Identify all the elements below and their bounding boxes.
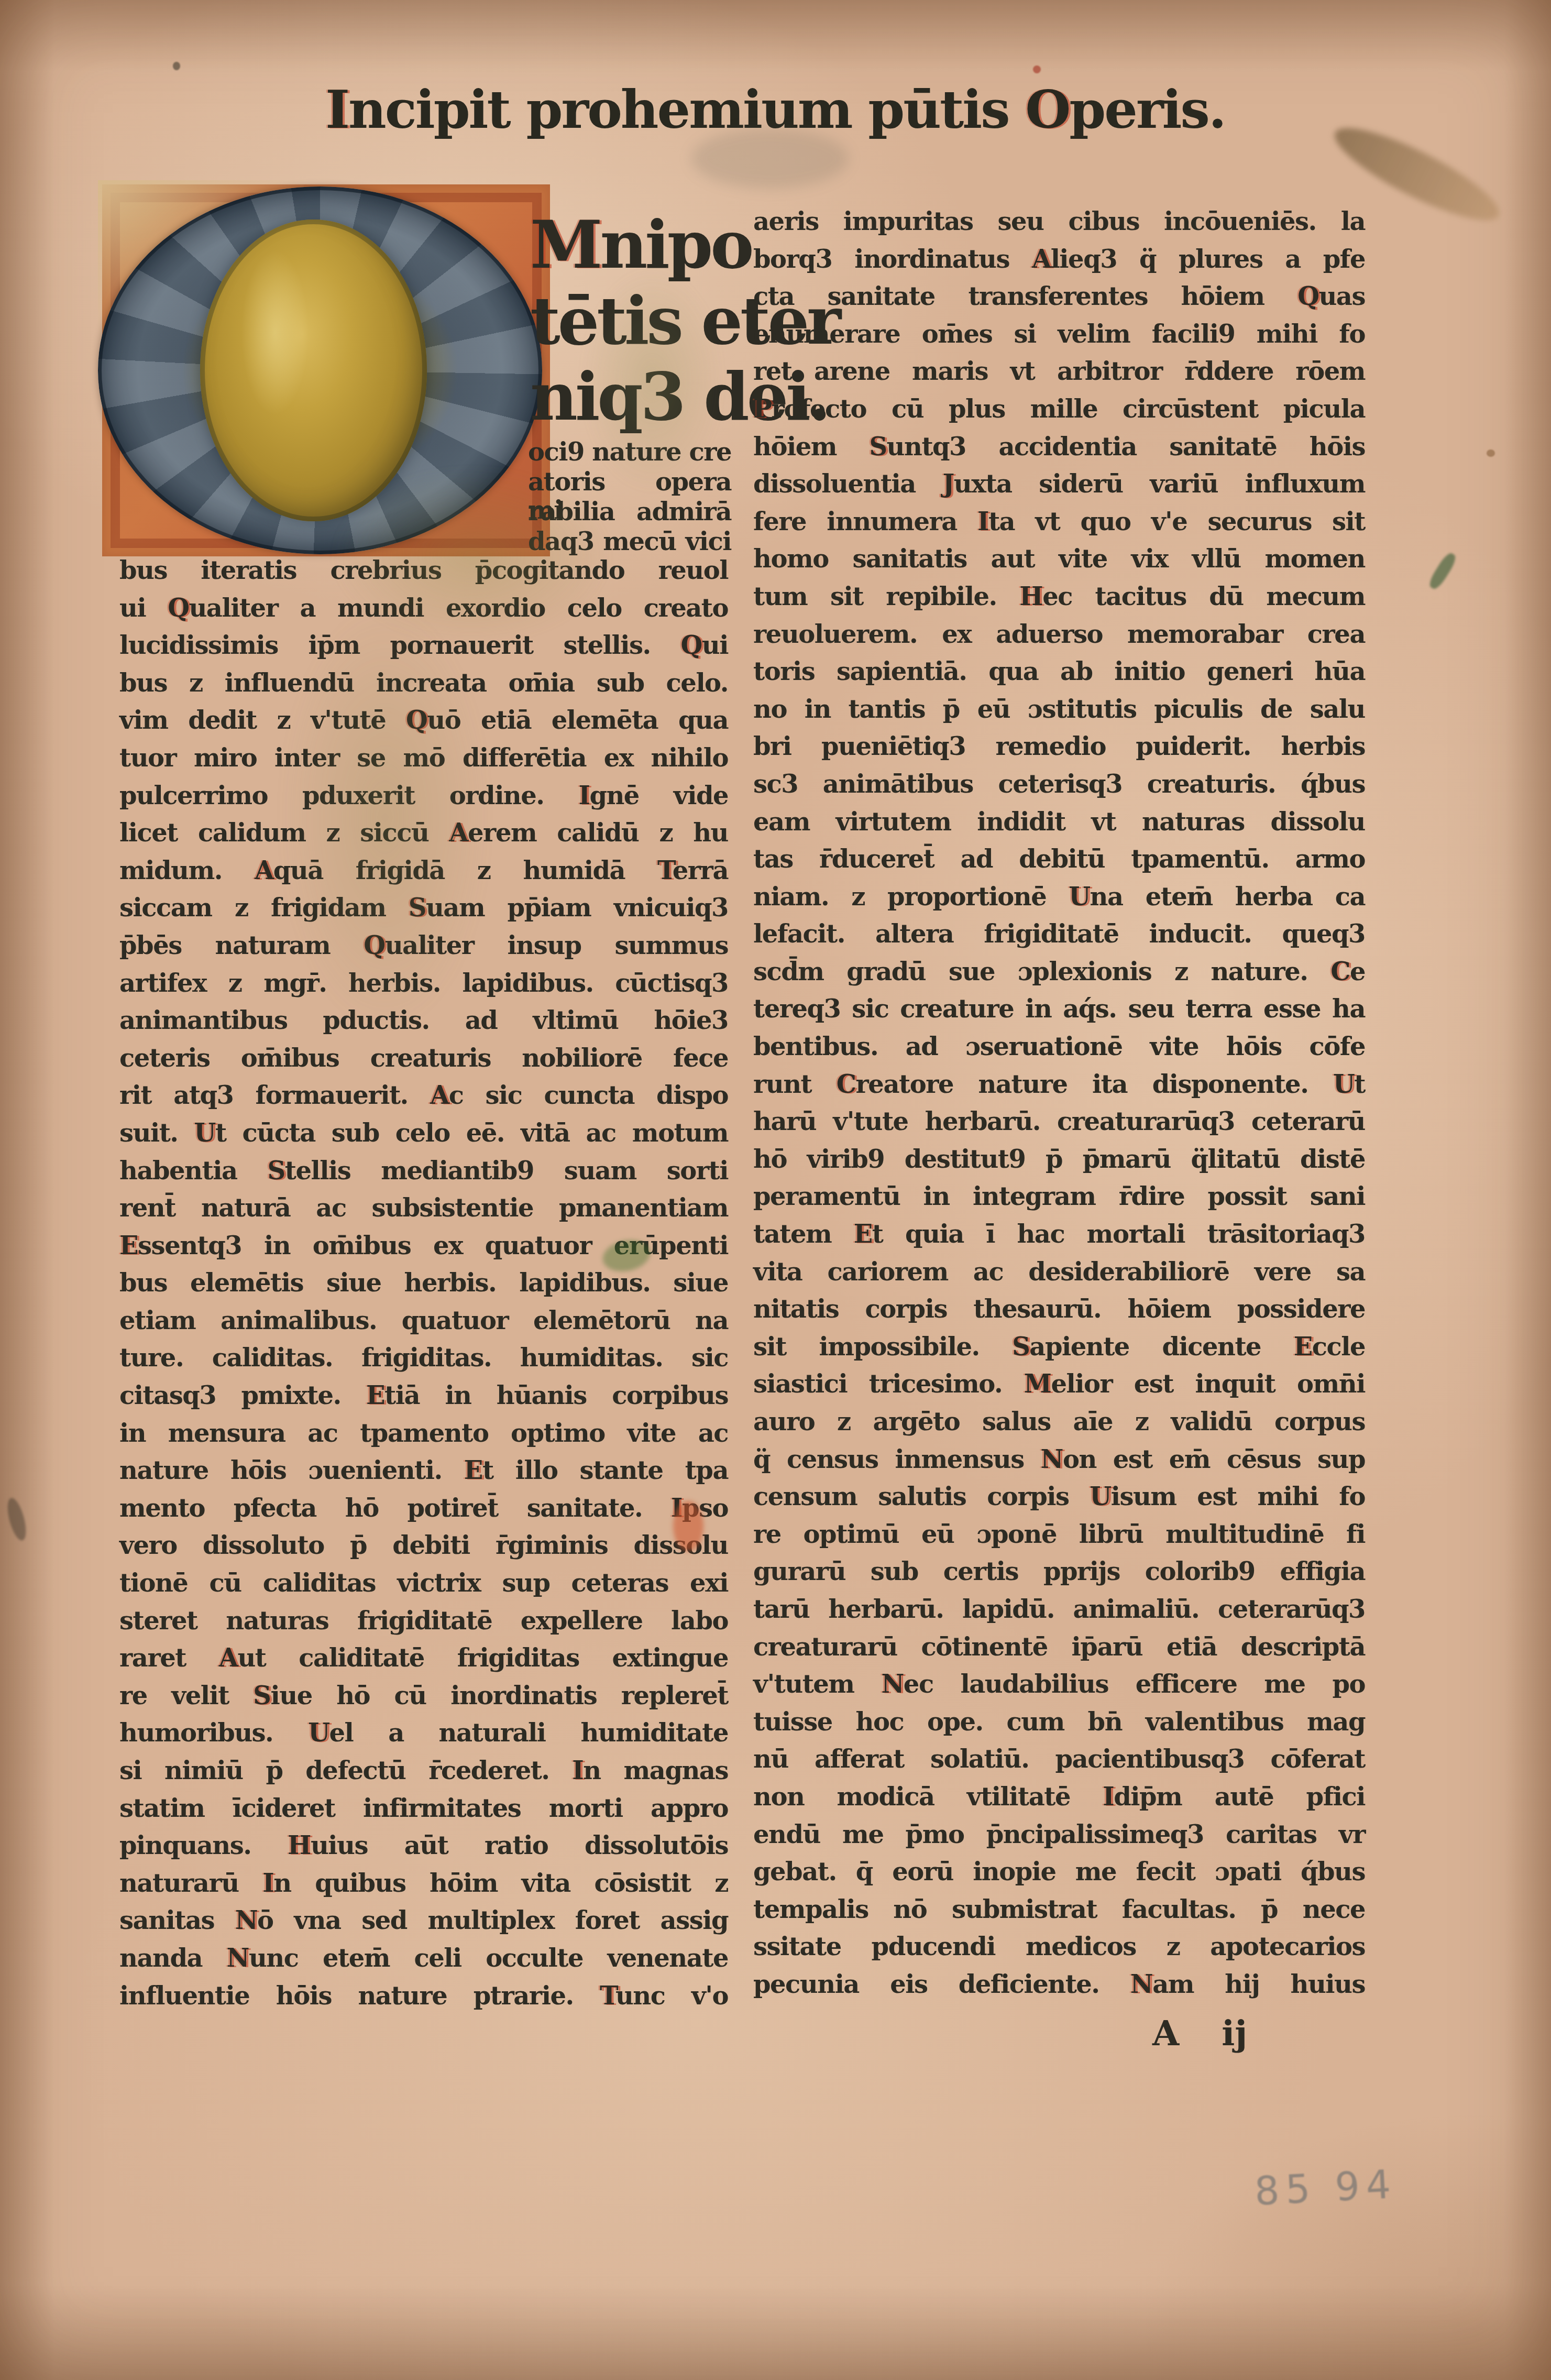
text-line: statim īcideret infirmitates morti appro: [119, 1792, 728, 1830]
text-line: Profecto cū plus mille circūstent picula: [753, 393, 1365, 431]
text-line: dissoluentia Juxta siderū variū influxum: [753, 468, 1365, 506]
text-line: runt Creatore nature ita disponente. Ut: [753, 1068, 1365, 1106]
text-line: sit impossibile. Sapiente dicente Eccle: [753, 1331, 1365, 1368]
signature-mark: A ij: [1152, 2013, 1330, 2054]
text-line: licet calidum z siccū Aerem calidū z hu: [119, 817, 728, 854]
text-line: tarū herbarū. lapidū. animaliū. ceterarū…: [753, 1593, 1365, 1631]
text-line: tuisse hoc ope. cum bn̄ valentibus mag: [753, 1706, 1365, 1743]
text-line: peramentū in integram r̄dire possit sani: [753, 1180, 1365, 1218]
text-line: ssitate pducendi medicos z apotecarios: [753, 1931, 1365, 1968]
text-line: nanda Nunc etem̄ celi occulte venenate: [119, 1942, 728, 1980]
pencil-inscription: 85 94: [1253, 2158, 1476, 2214]
stain-ink-dot: [173, 62, 180, 70]
text-line: animantibus pductis. ad vltimū hōie3: [119, 1004, 728, 1042]
text-line: tereq3 sic creature in aq́s. seu terra e…: [753, 993, 1365, 1030]
text-line: humoribus. Uel a naturali humiditate: [119, 1717, 728, 1754]
text-line: Mnipo: [530, 209, 735, 284]
text-line: bri pueniētiq3 remedio puiderit. herbis: [753, 730, 1365, 768]
text-line: gurarū sub certis pprijs colorib9 effigi…: [753, 1555, 1365, 1593]
text-line: toris sapientiā. qua ab initio generi hū…: [753, 655, 1365, 693]
text-line: nitatis corpis thesaurū. hōiem possidere: [753, 1293, 1365, 1331]
text-line: no in tantis p̄ eū ɔstitutis piculis de …: [753, 693, 1365, 731]
text-line: tētis eter: [530, 284, 735, 360]
text-line: suit. Ut cūcta sub celo eē. vitā ac motu…: [119, 1117, 728, 1155]
text-line: bentibus. ad ɔseruationē vite hōis cōfe: [753, 1030, 1365, 1068]
text-line: lucidissimis ip̄m pornauerit stellis. Qu…: [119, 629, 728, 667]
text-line: tas r̄duceret̄ ad debitū tpamentū. armo: [753, 843, 1365, 881]
text-line: niam. z proportionē Una etem̄ herba ca: [753, 881, 1365, 918]
text-line: scd̄m gradū sue ɔplexionis z nature. Ce: [753, 956, 1365, 993]
text-line: v'tutem Nec laudabilius efficere me po: [753, 1668, 1365, 1706]
text-line: harū v'tute herbarū. creaturarūq3 cetera…: [753, 1105, 1365, 1143]
text-line: re velit Siue hō cū inordinatis repleret…: [119, 1680, 728, 1717]
text-line: endū me p̄mo p̄ncipalissimeq3 caritas vr: [753, 1818, 1365, 1856]
text-line: citasq3 pmixte. Etiā in hūanis corpibus: [119, 1379, 728, 1417]
text-line: artifex z mgr̄. herbis. lapidibus. cūcti…: [119, 967, 728, 1005]
text-line: nature hōis ɔuenienti. Et illo stante tp…: [119, 1454, 728, 1492]
initial-gold-center: [200, 220, 426, 521]
text-line: naturarū In quibus hōim vita cōsistit z: [119, 1867, 728, 1905]
text-line: pecunia eis deficiente. Nam hij huius: [753, 1968, 1365, 2006]
text-line: enumerare om̄es si velim facili9 mihi fo: [753, 318, 1365, 356]
text-line: midum. Aquā frigidā z humidā Terrā: [119, 854, 728, 892]
text-line: p̄bēs naturam Qualiter insup summus: [119, 929, 728, 967]
text-line: fere innumera Ita vt quo v'e securus sit: [753, 506, 1365, 543]
text-line: lefacit. altera frigiditatē inducit. que…: [753, 918, 1365, 956]
text-line: creaturarū cōtinentē ip̄arū etiā descrip…: [753, 1631, 1365, 1669]
opening-wrap-text: oci9 nature creatoris opera mirabilia ad…: [528, 438, 731, 557]
text-line: si nimiū p̄ defectū r̄cederet. In magnas: [119, 1754, 728, 1792]
stain-red-speck: [1033, 65, 1041, 73]
text-line: siastici tricesimo. Melior est inquit om…: [753, 1368, 1365, 1406]
text-line: ceteris om̄ibus creaturis nobiliorē fece: [119, 1042, 728, 1080]
page-title: Incipit prohemium pūtis Operis.: [225, 79, 1325, 168]
text-line: non modicā vtilitatē Idip̄m autē pfici: [753, 1781, 1365, 1818]
text-line: habentia Stellis mediantib9 suam sorti: [119, 1155, 728, 1192]
stain-left-margin-mark: [4, 1496, 30, 1542]
text-line: q̈ census inmensus Non est em̄ cēsus sup: [753, 1443, 1365, 1481]
text-line: rabilia admirā: [528, 498, 731, 528]
initial-letter-o: O: [98, 187, 542, 554]
text-line: homo sanitatis aut vite vix vllū momen: [753, 543, 1365, 580]
text-line: ret arene maris vt arbitror r̄ddere rōem: [753, 355, 1365, 393]
text-line: censum salutis corpis Uisum est mihi fo: [753, 1480, 1365, 1518]
text-line: hō virib9 destitut9 p̄ p̄marū q̈litatū d…: [753, 1143, 1365, 1181]
manuscript-page: Incipit prohemium pūtis Operis. O Mnipot…: [0, 0, 1551, 2380]
text-line: cta sanitate transferentes hōiem Quas: [753, 280, 1365, 318]
text-line: gebat. q̄ eorū inopie me fecit ɔpati q́b…: [753, 1856, 1365, 1893]
text-line: vim dedit z v'tutē Quō etiā elemēta qua: [119, 704, 728, 742]
stain-green-margin-mark: [1427, 551, 1459, 591]
text-line: vita cariorem ac desiderabiliorē vere sa: [753, 1256, 1365, 1293]
text-line: pulcerrimo pduxerit ordine. Ignē vide: [119, 780, 728, 817]
text-line: reuoluerem. ex aduerso memorabar crea: [753, 618, 1365, 656]
text-line: nū afferat solatiū. pacientibusq3 cōfera…: [753, 1743, 1365, 1781]
text-line: oci9 nature cre: [528, 438, 731, 468]
text-line: etiam animalibus. quatuor elemētorū na: [119, 1304, 728, 1342]
stain-brown-dot: [1487, 449, 1495, 457]
text-line: sanitas Nō vna sed multiplex foret assig: [119, 1904, 728, 1942]
text-column-left: bus iteratis crebrius p̄cogitando reuolu…: [119, 554, 728, 2017]
text-line: rent̄ naturā ac subsistentie pmanentiam: [119, 1192, 728, 1230]
text-line: tionē cū caliditas victrix sup ceteras e…: [119, 1567, 728, 1605]
text-line: auro z argēto salus aīe z validū corpus: [753, 1406, 1365, 1443]
illuminated-initial: O: [102, 184, 550, 556]
text-line: rit atq3 formauerit. Ac sic cuncta dispo: [119, 1079, 728, 1117]
opening-large-text: Mnipotētis eterniq3 dei.: [530, 209, 735, 436]
text-line: tempalis nō submistrat facultas. p̄ nece: [753, 1893, 1365, 1931]
text-line: re optimū eū ɔponē librū multitudinē fi: [753, 1518, 1365, 1556]
text-line: ui Qualiter a mundi exordio celo creato: [119, 592, 728, 630]
text-line: borq3 inordinatus Alieq3 q̈ plures a pfe: [753, 243, 1365, 281]
text-line: mento pfecta hō potiret̄ sanitate. Ipso: [119, 1492, 728, 1530]
text-line: ture. caliditas. frigiditas. humiditas. …: [119, 1342, 728, 1379]
text-line: aeris impuritas seu cibus incōueniēs. la: [753, 205, 1365, 243]
text-line: siccam z frigidam Suam pp̄iam vnicuiq3: [119, 892, 728, 929]
text-line: bus elemētis siue herbis. lapidibus. siu…: [119, 1267, 728, 1304]
text-line: steret naturas frigiditatē expellere lab…: [119, 1605, 728, 1642]
text-line: vero dissoluto p̄ debiti r̄giminis disso…: [119, 1529, 728, 1567]
text-line: bus iteratis crebrius p̄cogitando reuol: [119, 554, 728, 592]
text-line: tuor miro inter se mō differētia ex nihi…: [119, 742, 728, 780]
text-line: eam virtutem indidit vt naturas dissolu: [753, 806, 1365, 843]
text-line: pinquans. Huius aūt ratio dissolutōis: [119, 1829, 728, 1867]
text-line: bus z influendū increata om̄ia sub celo.: [119, 667, 728, 705]
text-line: hōiem Suntq3 accidentia sanitatē hōis: [753, 431, 1365, 468]
text-line: atoris opera mi: [528, 468, 731, 498]
text-line: raret Aut caliditatē frigiditas extingue: [119, 1642, 728, 1680]
text-column-right: aeris impuritas seu cibus incōueniēs. la…: [753, 205, 1365, 2006]
text-line: tatem Et quia ī hac mortali trāsitoriaq3: [753, 1218, 1365, 1256]
initial-letter-value: O: [98, 187, 98, 187]
text-line: niq3 dei.: [530, 360, 735, 436]
text-line: in mensura ac tpamento optimo vite ac: [119, 1417, 728, 1455]
text-line: influentie hōis nature ptrarie. Tunc v'o: [119, 1980, 728, 2017]
text-line: tum sit repibile. Hec tacitus dū mecum: [753, 580, 1365, 618]
text-line: daq3 mecū vici: [528, 528, 731, 557]
text-line: Essentq3 in om̄ibus ex quatuor erūpenti: [119, 1230, 728, 1267]
text-line: sc3 animātibus ceterisq3 creaturis. q́bu…: [753, 768, 1365, 806]
